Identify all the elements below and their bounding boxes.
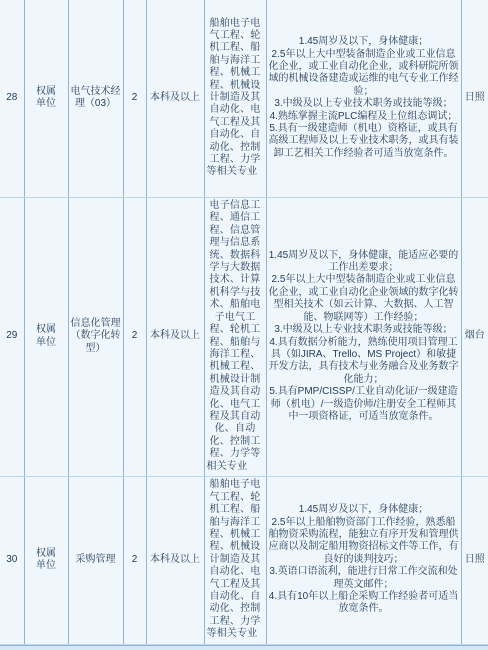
headcount-cell: 2 [123,0,146,197]
job-postings-table: 28 权属 单位 电气技术经理（03） 2 本科及以上 船舶电子电气工程、轮机工… [0,0,488,645]
headcount-cell: 2 [123,197,146,476]
unit-cell: 权属 单位 [24,0,68,197]
position-cell: 电气技术经理（03） [68,0,123,197]
education-cell: 本科及以上 [146,476,204,644]
row-number-cell: 30 [0,476,24,644]
unit-cell: 权属 单位 [24,197,68,476]
next-row-top-strip [0,645,488,650]
row-number-cell: 28 [0,0,24,197]
majors-cell: 船舶电子电气工程、轮机工程、船舶与海洋工程、机械工程、机械设计制造及其自动化、电… [204,0,266,197]
position-cell: 采购管理 [68,476,123,644]
location-cell: 日照 [461,0,488,197]
recruitment-table-sheet: 28 权属 单位 电气技术经理（03） 2 本科及以上 船舶电子电气工程、轮机工… [0,0,488,650]
table-row: 29 权属 单位 信息化管理（数字化转型） 2 本科及以上 电子信息工程、通信工… [0,197,488,476]
requirements-cell: 1.45周岁及以下，身体健康，能适应必要的工作出差要求； 2.5年以上大中型装备… [266,197,461,476]
position-cell: 信息化管理（数字化转型） [68,197,123,476]
education-cell: 本科及以上 [146,0,204,197]
location-cell: 日照 [461,476,488,644]
requirements-cell: 1.45周岁及以下，身体健康； 2.5年以上大中型装备制造企业或工业信息化企业，… [266,0,461,197]
majors-cell: 电子信息工程、通信工程、信息管理与信息系统、数据科学与大数据技术、计算机科学与技… [204,197,266,476]
unit-cell: 权属 单位 [24,476,68,644]
requirements-cell: 1.45周岁及以下，身体健康； 2.5年以上船舶物资部门工作经验，熟悉船舶物资采… [266,476,461,644]
row-number-cell: 29 [0,197,24,476]
education-cell: 本科及以上 [146,197,204,476]
location-cell: 烟台 [461,197,488,476]
majors-cell: 船舶电子电气工程、轮机工程、船舶与海洋工程、机械工程、机械设计制造及其自动化、电… [204,476,266,644]
headcount-cell: 2 [123,476,146,644]
table-row: 30 权属 单位 采购管理 2 本科及以上 船舶电子电气工程、轮机工程、船舶与海… [0,476,488,644]
table-row: 28 权属 单位 电气技术经理（03） 2 本科及以上 船舶电子电气工程、轮机工… [0,0,488,197]
